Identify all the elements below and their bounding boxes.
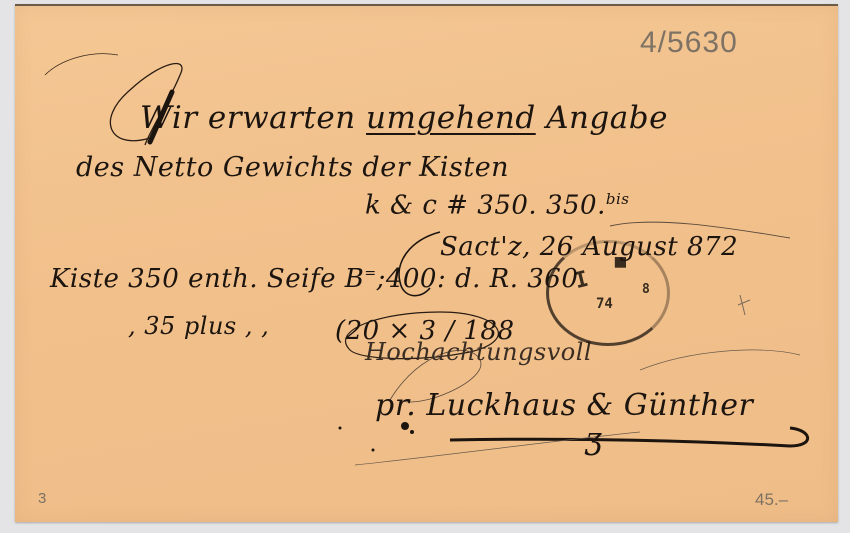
lot-number: 3 — [38, 490, 46, 507]
scan-background: 4/5630 3 45.– Wir erwarten umgehend Anga… — [0, 0, 850, 533]
line3-superscript: bis — [606, 190, 630, 208]
price-mark: 45.– — [755, 490, 788, 510]
message-line-5: Kiste 350 enth. Seife B=;400: d. R. 360 — [50, 264, 578, 294]
postmark-circle — [546, 240, 670, 346]
closing-salutation: Hochachtungsvoll — [365, 338, 592, 366]
line5-superscript: = — [364, 265, 376, 281]
message-line-3: k & c # 350. 350.bis — [365, 190, 629, 221]
postcard — [15, 4, 838, 522]
message-line-1: Wir erwarten umgehend Angabe — [140, 100, 668, 136]
archive-number: 4/5630 — [640, 26, 738, 60]
postmark-text-d: 8 — [642, 282, 650, 297]
line1-underlined-word: umgehend — [366, 100, 536, 136]
postmark-text-b: ▀ — [615, 258, 626, 279]
line1-suffix: Angabe — [546, 100, 668, 136]
signature: pr. Luckhaus & Günther — [375, 388, 753, 423]
message-line-6-left: , 35 plus , , — [128, 312, 269, 340]
paraph-mark: ʒ — [585, 422, 602, 457]
message-line-2: des Netto Gewichts der Kisten — [76, 152, 509, 183]
line1-prefix: Wir erwarten — [140, 100, 356, 136]
line5-main: Kiste 350 enth. Seife B — [50, 264, 364, 294]
line3-main: k & c # 350. 350. — [365, 191, 606, 221]
postmark-text-c: 74 — [596, 296, 613, 312]
